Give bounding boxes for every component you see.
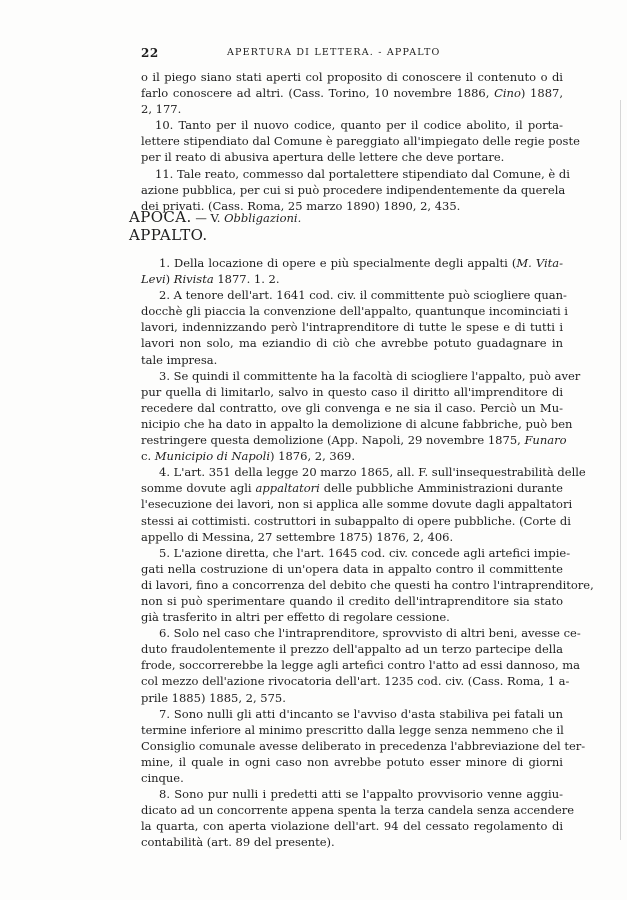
- paragraph-7-line: mine, il quale in ogni caso non avrebbe …: [141, 754, 563, 770]
- text-line: o il piego siano stati aperti col propos…: [141, 69, 563, 85]
- paragraph-3-line: nicipio che ha dato in appalto la demoli…: [141, 416, 563, 432]
- italic-party-name: Cino: [494, 86, 521, 100]
- paragraph-8-line: la quarta, con aperta violazione dell'ar…: [141, 818, 563, 834]
- scanned-page: 22 APERTURA DI LETTERA. - APPALTO o il p…: [0, 0, 627, 900]
- paragraph-2-line: lavori non solo, ma eziandio di ciò che …: [141, 335, 563, 351]
- text-span: 1877. 1. 2.: [214, 272, 280, 286]
- paragraph-3-line: 3. Se quindi il committente ha la facolt…: [141, 368, 563, 384]
- cross-reference-target: Obbligazioni.: [224, 211, 301, 225]
- text-span: farlo conoscere ad altri. (Cass. Torino,…: [141, 86, 494, 100]
- italic-journal: Rivista: [174, 272, 214, 286]
- text-line: 2, 177.: [141, 101, 563, 117]
- paragraph-8-line: dicato ad un concorrente appena spenta l…: [141, 802, 563, 818]
- paragraph-4-line: 4. L'art. 351 della legge 20 marzo 1865,…: [141, 464, 563, 480]
- paragraph-3-line: recedere dal contratto, ove gli convenga…: [141, 400, 563, 416]
- paragraph-4-line: stessi ai cottimisti. costruttori in sub…: [141, 513, 563, 529]
- paragraph-5-line: non si può sperimentare quando il credit…: [141, 593, 563, 609]
- paragraph-10-line: lettere stipendiato dal Comune è pareggi…: [141, 133, 563, 149]
- appalto-text-block: 1. Della locazione di opere e più specia…: [141, 255, 563, 850]
- text-line: farlo conoscere ad altri. (Cass. Torino,…: [141, 85, 563, 101]
- paragraph-4-line: somme dovute agli appaltatori delle pubb…: [141, 480, 563, 496]
- paragraph-2-line: lavori, indennizzando però l'intraprendi…: [141, 319, 563, 335]
- paragraph-7-line: 7. Sono nulli gli atti d'incanto se l'av…: [141, 706, 563, 722]
- top-text-block: o il piego siano stati aperti col propos…: [141, 69, 563, 214]
- page-number: 22: [141, 46, 159, 60]
- paragraph-11-line: 11. Tale reato, commesso dal portaletter…: [141, 166, 563, 182]
- paragraph-6-line: col mezzo dell'azione rivocatoria dell'a…: [141, 673, 563, 689]
- text-span: ) 1887,: [521, 86, 563, 100]
- paragraph-7-line: cinque.: [141, 770, 563, 786]
- paragraph-5-line: di lavori, fino a concorrenza del debito…: [141, 577, 563, 593]
- text-span: ) 1876, 2, 369.: [270, 449, 355, 463]
- paragraph-7-line: Consiglio comunale avesse deliberato in …: [141, 738, 563, 754]
- paragraph-10-line: 10. Tanto per il nuovo codice, quanto pe…: [141, 117, 563, 133]
- text-span: restringere questa demolizione (App. Nap…: [141, 433, 524, 447]
- italic-author: M. Vita-: [516, 256, 563, 270]
- text-span: ): [166, 272, 174, 286]
- italic-party-name: Funaro: [524, 433, 566, 447]
- paragraph-5-line: già trasferito in altri per effetto di r…: [141, 609, 563, 625]
- paragraph-7-line: termine inferiore al minimo prescritto d…: [141, 722, 563, 738]
- paragraph-2-line: docchè gli piaccia la convenzione dell'a…: [141, 303, 563, 319]
- running-head-title: APERTURA DI LETTERA. - APPALTO: [227, 47, 441, 58]
- paragraph-3-line: pur quella di limitarlo, salvo in questo…: [141, 384, 563, 400]
- paragraph-4-line: l'esecuzione dei lavori, non si applica …: [141, 496, 563, 512]
- paragraph-3-line: c. Municipio di Napoli) 1876, 2, 369.: [141, 448, 563, 464]
- paragraph-6-line: prile 1885) 1885, 2, 575.: [141, 690, 563, 706]
- heading-apoca-title: APOCA.: [129, 208, 192, 226]
- paragraph-6-line: duto fraudolentemente il prezzo dell'app…: [141, 641, 563, 657]
- heading-appalto: APPALTO.: [129, 226, 208, 244]
- paragraph-8-line: contabilità (art. 89 del presente).: [141, 834, 563, 850]
- cross-reference: — V. Obbligazioni.: [192, 211, 302, 225]
- running-head: 22 APERTURA DI LETTERA. - APPALTO: [141, 46, 451, 60]
- paragraph-6-line: frode, soccorrerebbe la legge agli artef…: [141, 657, 563, 673]
- text-span: delle pubbliche Amministrazioni durante: [320, 481, 563, 495]
- text-span: c.: [141, 449, 155, 463]
- cross-reference-prefix: — V.: [192, 211, 224, 225]
- paragraph-11-line: azione pubblica, per cui si può proceder…: [141, 182, 563, 198]
- paragraph-1-line: Levi) Rivista 1877. 1. 2.: [141, 271, 563, 287]
- paragraph-2-line: 2. A tenore dell'art. 1641 cod. civ. il …: [141, 287, 563, 303]
- paragraph-4-line: appello di Messina, 27 settembre 1875) 1…: [141, 529, 563, 545]
- paragraph-10-line: per il reato di abusiva apertura delle l…: [141, 149, 563, 165]
- paragraph-8-line: 8. Sono pur nulli i predetti atti se l'a…: [141, 786, 563, 802]
- paragraph-5-line: gati nella costruzione di un'opera data …: [141, 561, 563, 577]
- paragraph-2-line: tale impresa.: [141, 352, 563, 368]
- italic-author: Levi: [141, 272, 166, 286]
- italic-term: appaltatori: [256, 481, 320, 495]
- paragraph-1-line: 1. Della locazione di opere e più specia…: [141, 255, 563, 271]
- paragraph-5-line: 5. L'azione diretta, che l'art. 1645 cod…: [141, 545, 563, 561]
- text-span: 1. Della locazione di opere e più specia…: [159, 256, 516, 270]
- italic-party-name: Municipio di Napoli: [155, 449, 270, 463]
- paragraph-6-line: 6. Solo nel caso che l'intraprenditore, …: [141, 625, 563, 641]
- paragraph-3-line: restringere questa demolizione (App. Nap…: [141, 432, 563, 448]
- text-span: somme dovute agli: [141, 481, 256, 495]
- heading-apoca: APOCA. — V. Obbligazioni.: [129, 208, 301, 227]
- scan-edge-line: [620, 100, 621, 840]
